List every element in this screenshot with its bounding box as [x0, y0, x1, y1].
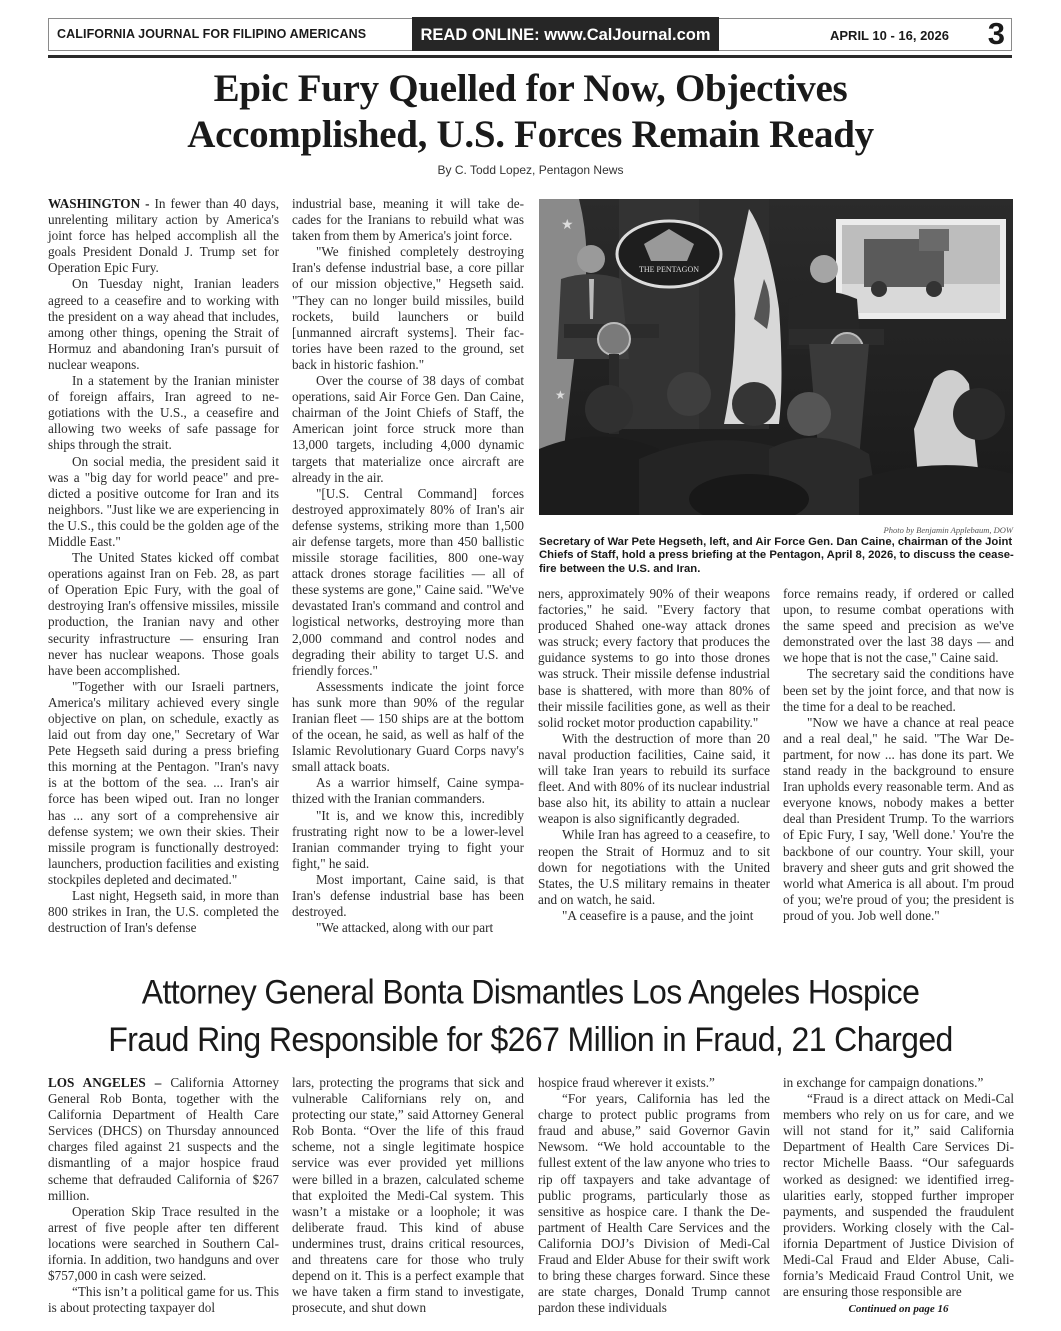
article-paragraph: "Now we have a chance at real peace and …	[783, 715, 1014, 924]
story1-column-1: WASHINGTON - In fewer than 40 days, unre…	[48, 196, 279, 936]
article-paragraph: "Together with our Israeli partners, Ame…	[48, 679, 279, 888]
dateline: WASHINGTON -	[48, 196, 150, 211]
article-paragraph: Operation Skip Trace resulted in the arr…	[48, 1204, 279, 1284]
article-paragraph: in exchange for campaign donations.”	[783, 1075, 1014, 1091]
article-paragraph: With the destruction of more than 20 nav…	[538, 731, 770, 828]
svg-text:★: ★	[555, 388, 566, 402]
story1-headline: Epic Fury Quelled for Now, Objectives Ac…	[0, 66, 1061, 158]
story2-headline-line1: Attorney General Bonta Dismantles Los An…	[0, 968, 1061, 1016]
article-paragraph: "It is, and we know this, incredibly fru…	[292, 808, 524, 872]
issue-date: APRIL 10 - 16, 2026	[830, 19, 949, 50]
article-paragraph: Most important, Caine said, is that Iran…	[292, 872, 524, 920]
press-briefing-photo: ★ ★ THE PENTAGON	[539, 199, 1013, 515]
article-paragraph: WASHINGTON - In fewer than 40 days, unre…	[48, 196, 279, 276]
article-paragraph: “For years, California has led the charg…	[538, 1091, 770, 1316]
article-paragraph: lars, protecting the programs that sick …	[292, 1075, 524, 1316]
article-paragraph: “Fraud is a direct attack on Medi-Cal me…	[783, 1091, 1014, 1300]
article-paragraph: In a statement by the Iranian minis­ter …	[48, 373, 279, 453]
article-paragraph: “This isn’t a political game for us. Thi…	[48, 1284, 279, 1316]
story2-column-2: lars, protecting the programs that sick …	[292, 1075, 524, 1316]
masthead: CALIFORNIA JOURNAL FOR FILIPINO AMERICAN…	[48, 18, 1012, 51]
article-paragraph: "We finished completely destroying Iran'…	[292, 244, 524, 373]
story2-headline: Attorney General Bonta Dismantles Los An…	[0, 968, 1061, 1063]
article-paragraph: industrial base, meaning it will take de…	[292, 196, 524, 244]
photo-caption: Secretary of War Pete Hegseth, left, and…	[539, 536, 1015, 576]
svg-text:★: ★	[561, 218, 574, 233]
article-paragraph: As a warrior himself, Caine sympa­thized…	[292, 775, 524, 807]
story1-column-4: force remains ready, if ordered or calle…	[783, 586, 1014, 924]
article-paragraph: hospice fraud wherever it exists.”	[538, 1075, 770, 1091]
article-paragraph: Assessments indicate the joint force has…	[292, 679, 524, 776]
story2-column-4: in exchange for campaign donations.”“Fra…	[783, 1075, 1014, 1317]
story1-column-2: industrial base, meaning it will take de…	[292, 196, 524, 936]
article-paragraph: "A ceasefire is a pause, and the joint	[538, 908, 770, 924]
story1-headline-line2: Accomplished, U.S. Forces Remain Ready	[0, 112, 1061, 158]
article-paragraph: While Iran has agreed to a ceasefire, to…	[538, 827, 770, 907]
continued-on-page-link[interactable]: Continued on page 16	[783, 1301, 1014, 1317]
article-paragraph: ners, approximately 90% of their weap­on…	[538, 586, 770, 731]
article-paragraph: On social media, the president said it w…	[48, 454, 279, 551]
article-paragraph: "[U.S. Central Command] forces destroyed…	[292, 486, 524, 679]
article-paragraph: Over the course of 38 days of com­bat op…	[292, 373, 524, 486]
photo-credit: Photo by Benjamin Applebaum, DOW	[539, 525, 1013, 535]
story2-column-3: hospice fraud wherever it exists.”“For y…	[538, 1075, 770, 1316]
dateline: LOS ANGELES –	[48, 1075, 161, 1090]
publication-name: CALIFORNIA JOURNAL FOR FILIPINO AMERICAN…	[57, 19, 366, 50]
story2-column-1: LOS ANGELES – California Attor­ney Gener…	[48, 1075, 279, 1316]
story1-column-3: ners, approximately 90% of their weap­on…	[538, 586, 770, 924]
story1-byline: By C. Todd Lopez, Pentagon News	[0, 163, 1061, 177]
article-paragraph: LOS ANGELES – California Attor­ney Gener…	[48, 1075, 279, 1204]
page-number: 3	[988, 16, 1005, 49]
story1-headline-line1: Epic Fury Quelled for Now, Objectives	[0, 66, 1061, 112]
article-paragraph: The secretary said the conditions have b…	[783, 666, 1014, 714]
story2-headline-line2: Fraud Ring Responsible for $267 Million …	[0, 1016, 1061, 1064]
seal-text: THE PENTAGON	[639, 265, 699, 274]
masthead-rule	[48, 55, 1012, 58]
article-paragraph: On Tuesday night, Iranian leaders agreed…	[48, 276, 279, 373]
photo-illustration: ★ ★ THE PENTAGON	[539, 199, 1013, 515]
article-paragraph: force remains ready, if ordered or calle…	[783, 586, 1014, 666]
article-paragraph: The United States kicked off combat oper…	[48, 550, 279, 679]
read-online-link[interactable]: READ ONLINE: www.CalJournal.com	[412, 17, 719, 51]
article-paragraph: Last night, Hegseth said, in more than 8…	[48, 888, 279, 936]
article-paragraph: "We attacked, along with our part­	[292, 920, 524, 936]
